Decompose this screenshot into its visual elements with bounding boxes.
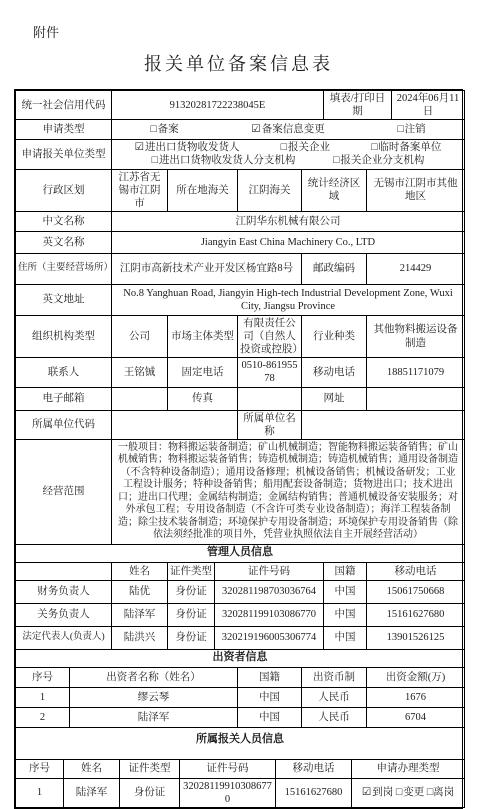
- option-consignee: ☑进出口货物收发货人: [135, 141, 240, 154]
- credit-code-label: 统一社会信用代码: [16, 91, 112, 120]
- nationality-cell: 中国: [324, 603, 367, 626]
- col-header-name: 姓名: [112, 562, 168, 580]
- option-label: 进出口货物收发货人分支机构: [159, 155, 296, 166]
- option-label: 报关企业分支机构: [340, 155, 424, 166]
- checkbox-unchecked-icon: □: [150, 124, 156, 135]
- credit-code-value: 91320281722238045E: [112, 91, 324, 120]
- col-header-no: 序号: [16, 667, 70, 687]
- checkbox-unchecked-icon: □: [333, 155, 339, 166]
- declarants-section-title: 所属报关人员信息: [16, 727, 465, 759]
- mobile-cell: 15161627680: [276, 778, 352, 807]
- option-label: 到岗: [372, 787, 393, 798]
- table-row: 2 陆泽军 中国 人民币 6704: [16, 707, 465, 727]
- customs-label: 所在地海关: [168, 169, 238, 211]
- role-cell: 关务负责人: [16, 603, 112, 626]
- tel-label: 固定电话: [168, 358, 238, 387]
- col-header-name: 姓名: [64, 759, 120, 778]
- no-cell: 1: [16, 687, 70, 707]
- email-label: 电子邮箱: [16, 387, 112, 410]
- apply-type-options-cell: ☑到岗 □变更 □离岗: [352, 778, 465, 807]
- mobile-cell: 15161627680: [367, 603, 465, 626]
- header-table: 统一社会信用代码 91320281722238045E 填表/打印日期 2024…: [15, 90, 465, 170]
- mobile-label: 移动电话: [302, 358, 367, 387]
- fax-label: 传真: [168, 387, 238, 410]
- option-label: 临时备案单位: [378, 142, 441, 153]
- postcode-label: 邮政编码: [302, 253, 367, 284]
- address-label: 住所（主要经营场所）: [16, 253, 112, 284]
- id-no-cell: 320281199103086770: [215, 603, 324, 626]
- investor-name-cell: 缪云琴: [70, 687, 238, 707]
- investors-section-title: 出资者信息: [16, 649, 465, 667]
- attachment-label: 附件: [33, 22, 463, 41]
- website-value: [367, 387, 465, 410]
- amount-cell: 1676: [367, 687, 465, 707]
- en-address-label: 英文地址: [16, 284, 112, 315]
- industry-label: 行业种类: [302, 315, 367, 357]
- col-header-nationality: 国籍: [238, 667, 302, 687]
- option-broker: □报关企业: [281, 141, 330, 154]
- id-no-cell: 320219196005306774: [215, 626, 324, 649]
- mobile-value: 18851171079: [367, 358, 465, 387]
- name-cell: 陆泽军: [64, 778, 120, 807]
- nationality-cell: 中国: [238, 707, 302, 727]
- region-label: 行政区划: [16, 169, 112, 211]
- customs-value: 江阴海关: [238, 169, 302, 211]
- en-address-value: No.8 Yanghuan Road, Jiangyin High-tech I…: [112, 284, 465, 315]
- option-label: 进出口货物收发货人: [145, 142, 240, 153]
- id-type-cell: 身份证: [120, 778, 180, 807]
- org-type-label: 组织机构类型: [16, 315, 112, 357]
- cn-name-value: 江阴华东机械有限公司: [112, 211, 465, 231]
- checkbox-unchecked-icon: □: [371, 142, 377, 153]
- col-header-role: [16, 562, 112, 580]
- en-name-label: 英文名称: [16, 231, 112, 253]
- parent-code-label: 所属单位代码: [16, 410, 112, 439]
- org-type-value: 公司: [112, 315, 168, 357]
- col-header-mobile: 移动电话: [276, 759, 352, 778]
- col-header-id-no: 证件号码: [180, 759, 276, 778]
- unit-type-options: ☑进出口货物收发货人 □报关企业 □临时备案单位 □进出口货物收发货人分支机构 …: [112, 140, 465, 169]
- market-type-label: 市场主体类型: [168, 315, 238, 357]
- checkbox-checked-icon: ☑: [362, 787, 371, 798]
- checkbox-unchecked-icon: □: [281, 142, 287, 153]
- col-header-amount: 出资金额(万): [367, 667, 465, 687]
- nationality-cell: 中国: [324, 580, 367, 603]
- table-row: 1 陆泽军 身份证 320281199103086770 15161627680…: [16, 778, 465, 807]
- website-label: 网址: [302, 387, 367, 410]
- checkbox-unchecked-icon: □: [152, 155, 158, 166]
- fill-date-label: 填表/打印日期: [324, 91, 392, 120]
- registration-form: 统一社会信用代码 91320281722238045E 填表/打印日期 2024…: [14, 89, 463, 809]
- scope-label: 经营范围: [16, 439, 112, 544]
- checkbox-checked-icon: ☑: [251, 124, 260, 135]
- col-header-mobile: 移动电话: [367, 562, 465, 580]
- no-cell: 1: [16, 778, 64, 807]
- scope-value: 一般项目：物料搬运装备制造；矿山机械制造；智能物料搬运装备销售；矿山机械销售；物…: [112, 439, 465, 544]
- contact-label: 联系人: [16, 358, 112, 387]
- col-header-no: 序号: [16, 759, 64, 778]
- checkbox-unchecked-icon: □: [397, 124, 403, 135]
- amount-cell: 6704: [367, 707, 465, 727]
- fill-date-value: 2024年06月11日: [392, 91, 465, 120]
- management-table: 管理人员信息 姓名 证件类型 证件号码 国籍 移动电话 财务负责人 陆优 身份证…: [15, 544, 465, 650]
- form-page: 附件 报关单位备案信息表 统一社会信用代码 91320281722238045E…: [0, 0, 477, 809]
- industry-value: 其他物料搬运设备制造: [367, 315, 465, 357]
- name-cell: 陆优: [112, 580, 168, 603]
- id-type-cell: 身份证: [168, 580, 215, 603]
- checkbox-unchecked-icon: □: [396, 787, 402, 798]
- parent-name-value: [302, 410, 465, 439]
- investors-table: 出资者信息 序号 出资者名称（姓名） 国籍 出资币制 出资金额(万) 1 缪云琴…: [15, 649, 465, 728]
- id-no-cell: 320281198703036764: [215, 580, 324, 603]
- col-header-apply-type: 申请办理类型: [352, 759, 465, 778]
- company-table: 行政区划 江苏省无锡市江阴市 所在地海关 江阴海关 统计经济区域 无锡市江阴市其…: [15, 169, 465, 545]
- apply-type-options: □备案 ☑备案信息变更 □注销: [112, 120, 465, 140]
- tel-value: 0510-86195578: [238, 358, 302, 387]
- currency-cell: 人民币: [302, 687, 367, 707]
- parent-code-value: [112, 410, 238, 439]
- nationality-cell: 中国: [238, 687, 302, 707]
- market-type-value: 有限责任公司（自然人投资或控股）: [238, 315, 302, 357]
- declarants-table: 所属报关人员信息 序号 姓名 证件类型 证件号码 移动电话 申请办理类型 1 陆…: [15, 727, 465, 808]
- management-section-title: 管理人员信息: [16, 544, 465, 562]
- contact-value: 王铭铖: [112, 358, 168, 387]
- option-beian: □备案: [150, 123, 178, 136]
- option-label: 变更: [403, 787, 424, 798]
- checkbox-checked-icon: ☑: [135, 142, 144, 153]
- role-cell: 财务负责人: [16, 580, 112, 603]
- email-value: [112, 387, 168, 410]
- no-cell: 2: [16, 707, 70, 727]
- table-row: 法定代表人(负责人) 陆洪兴 身份证 320219196005306774 中国…: [16, 626, 465, 649]
- option-label: 备案信息变更: [262, 124, 325, 135]
- col-header-investor-name: 出资者名称（姓名）: [70, 667, 238, 687]
- unit-type-label: 申请报关单位类型: [16, 140, 112, 169]
- option-broker-branch: □报关企业分支机构: [333, 154, 424, 167]
- stat-region-label: 统计经济区域: [302, 169, 367, 211]
- postcode-value: 214429: [367, 253, 465, 284]
- id-type-cell: 身份证: [168, 626, 215, 649]
- region-value: 江苏省无锡市江阴市: [112, 169, 168, 211]
- cn-name-label: 中文名称: [16, 211, 112, 231]
- table-row: 关务负责人 陆泽军 身份证 320281199103086770 中国 1516…: [16, 603, 465, 626]
- table-row: 财务负责人 陆优 身份证 320281198703036764 中国 15061…: [16, 580, 465, 603]
- apply-type-label: 申请类型: [16, 120, 112, 140]
- fax-value: [238, 387, 302, 410]
- option-cancel: □注销: [397, 123, 425, 136]
- option-label: 离岗: [433, 787, 454, 798]
- id-no-cell: 320281199103086770: [180, 778, 276, 807]
- parent-name-label: 所属单位名称: [238, 410, 302, 439]
- role-cell: 法定代表人(负责人): [16, 626, 112, 649]
- col-header-nationality: 国籍: [324, 562, 367, 580]
- option-onboard: ☑到岗: [362, 787, 393, 798]
- option-change: □变更: [396, 787, 424, 798]
- table-row: 1 缪云琴 中国 人民币 1676: [16, 687, 465, 707]
- option-leave: □离岗: [427, 787, 454, 798]
- option-change: ☑备案信息变更: [251, 123, 324, 136]
- col-header-id-no: 证件号码: [215, 562, 324, 580]
- col-header-id-type: 证件类型: [120, 759, 180, 778]
- option-consignee-branch: □进出口货物收发货人分支机构: [152, 154, 296, 167]
- page-title: 报关单位备案信息表: [14, 50, 463, 76]
- option-label: 备案: [158, 124, 179, 135]
- mobile-cell: 15061750668: [367, 580, 465, 603]
- address-value: 江阴市高新技术产业开发区杨宜路8号: [112, 253, 302, 284]
- mobile-cell: 13901526125: [367, 626, 465, 649]
- investor-name-cell: 陆泽军: [70, 707, 238, 727]
- currency-cell: 人民币: [302, 707, 367, 727]
- nationality-cell: 中国: [324, 626, 367, 649]
- col-header-id-type: 证件类型: [168, 562, 215, 580]
- id-type-cell: 身份证: [168, 603, 215, 626]
- option-label: 注销: [405, 124, 426, 135]
- col-header-currency: 出资币制: [302, 667, 367, 687]
- en-name-value: Jiangyin East China Machinery Co., LTD: [112, 231, 465, 253]
- name-cell: 陆洪兴: [112, 626, 168, 649]
- option-label: 报关企业: [288, 142, 330, 153]
- name-cell: 陆泽军: [112, 603, 168, 626]
- stat-region-value: 无锡市江阴市其他地区: [367, 169, 465, 211]
- option-temp-unit: □临时备案单位: [371, 141, 441, 154]
